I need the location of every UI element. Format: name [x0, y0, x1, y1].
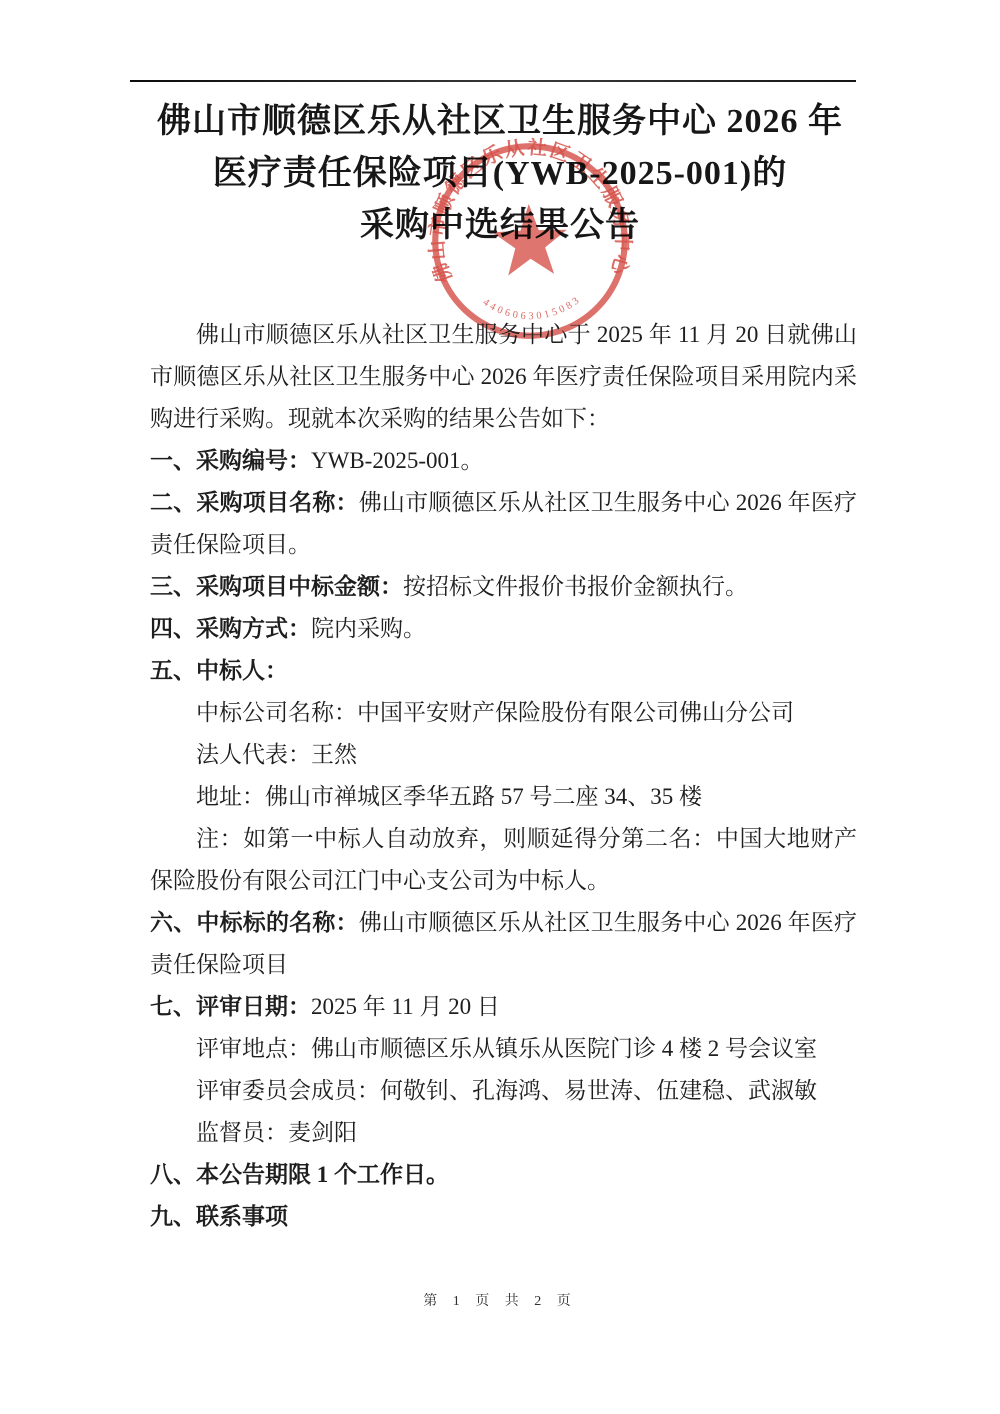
item-contact: 九、联系事项: [150, 1196, 857, 1238]
item-notice-period-label: 八、本公告期限 1 个工作日。: [150, 1162, 449, 1187]
legal-representative-line: 法人代表：王然: [150, 734, 857, 776]
item-purchase-number-value: YWB-2025-001。: [311, 448, 483, 473]
intro-paragraph: 佛山市顺德区乐从社区卫生服务中心于 2025 年 11 月 20 日就佛山市顺德…: [150, 314, 857, 440]
item-purchase-number-label: 一、采购编号：: [150, 448, 311, 473]
item-winner: 五、中标人：: [150, 650, 857, 692]
item-contact-label: 九、联系事项: [150, 1204, 288, 1229]
header-rule: [130, 80, 856, 82]
item-subject-name: 六、中标标的名称：佛山市顺德区乐从社区卫生服务中心 2026 年医疗责任保险项目: [150, 902, 857, 986]
item-purchase-number: 一、采购编号：YWB-2025-001。: [150, 440, 857, 482]
item-project-name-label: 二、采购项目名称：: [150, 490, 359, 515]
item-review-date-label: 七、评审日期：: [150, 994, 311, 1019]
winner-company-line: 中标公司名称：中国平安财产保险股份有限公司佛山分公司: [150, 692, 857, 734]
item-project-name: 二、采购项目名称：佛山市顺德区乐从社区卫生服务中心 2026 年医疗责任保险项目…: [150, 482, 857, 566]
page-number: 第 1 页 共 2 页: [423, 1294, 577, 1309]
item-procurement-method-value: 院内采购。: [311, 616, 426, 641]
item-award-amount: 三、采购项目中标金额：按招标文件报价书报价金额执行。: [150, 566, 857, 608]
item-award-amount-value: 按招标文件报价书报价金额执行。: [403, 574, 748, 599]
review-committee-line: 评审委员会成员：何敬钊、孔海鸿、易世涛、伍建稳、武淑敏: [150, 1070, 857, 1112]
review-location-line: 评审地点：佛山市顺德区乐从镇乐从医院门诊 4 楼 2 号会议室: [150, 1028, 857, 1070]
doc-title-line-3: 采购中选结果公告: [0, 200, 1000, 252]
winner-note: 注：如第一中标人自动放弃，则顺延得分第二名：中国大地财产保险股份有限公司江门中心…: [150, 818, 857, 902]
supervisor-line: 监督员：麦剑阳: [150, 1112, 857, 1154]
page-footer: 第 1 页 共 2 页: [0, 1290, 1000, 1310]
address-line: 地址：佛山市禅城区季华五路 57 号二座 34、35 楼: [150, 776, 857, 818]
doc-title: 佛山市顺德区乐从社区卫生服务中心 2026 年 医疗责任保险项目(YWB-202…: [0, 96, 1000, 252]
item-procurement-method-label: 四、采购方式：: [150, 616, 311, 641]
doc-title-line-1: 佛山市顺德区乐从社区卫生服务中心 2026 年: [0, 96, 1000, 148]
item-winner-label: 五、中标人：: [150, 658, 288, 683]
doc-title-line-2: 医疗责任保险项目(YWB-2025-001)的: [0, 148, 1000, 200]
item-review-date-value: 2025 年 11 月 20 日: [311, 994, 500, 1019]
item-procurement-method: 四、采购方式：院内采购。: [150, 608, 857, 650]
document-page: 佛山市顺德区乐从社区卫生服务中心 2026 年 医疗责任保险项目(YWB-202…: [0, 0, 1000, 1414]
item-notice-period: 八、本公告期限 1 个工作日。: [150, 1154, 857, 1196]
document-body: 佛山市顺德区乐从社区卫生服务中心于 2025 年 11 月 20 日就佛山市顺德…: [150, 314, 857, 1238]
item-subject-name-label: 六、中标标的名称：: [150, 910, 359, 935]
item-review-date: 七、评审日期：2025 年 11 月 20 日: [150, 986, 857, 1028]
item-award-amount-label: 三、采购项目中标金额：: [150, 574, 403, 599]
